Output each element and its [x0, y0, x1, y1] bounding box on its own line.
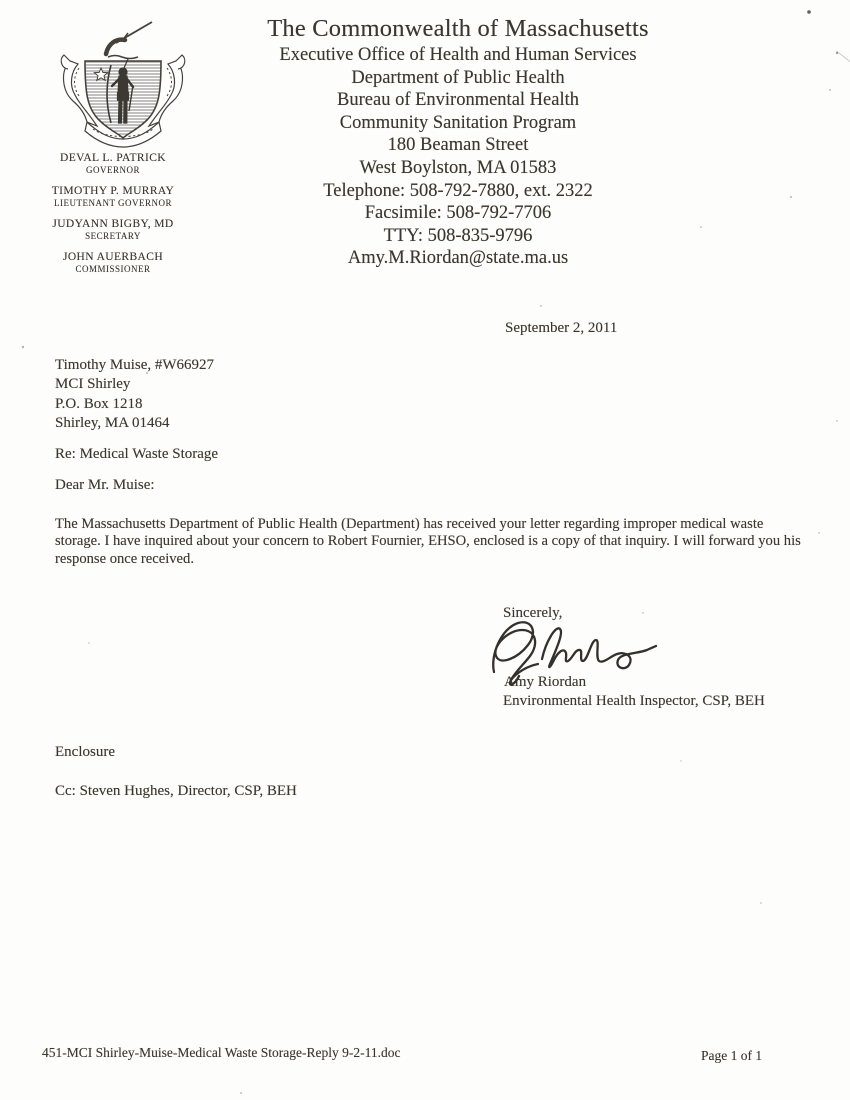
official-name: JUDYANN BIGBY, MD — [27, 218, 199, 231]
signer-name: Amy Riordan — [504, 674, 586, 691]
official-name: TIMOTHY P. MURRAY — [27, 185, 199, 198]
official-title: SECRETARY — [27, 231, 199, 242]
cc-line: Cc: Steven Hughes, Director, CSP, BEH — [55, 783, 297, 800]
letterhead-line-office: Executive Office of Health and Human Ser… — [232, 44, 684, 67]
official-title: COMMISSIONER — [27, 264, 199, 275]
salutation: Dear Mr. Muise: — [55, 477, 155, 494]
letterhead-line-program: Community Sanitation Program — [232, 112, 684, 135]
scan-scratch-mark — [836, 51, 850, 67]
scanned-letter-page: DEVAL L. PATRICK GOVERNOR TIMOTHY P. MUR… — [0, 0, 850, 1100]
footer-filename: 451-MCI Shirley-Muise-Medical Waste Stor… — [42, 1045, 400, 1061]
letterhead-line-telephone: Telephone: 508-792-7880, ext. 2322 — [232, 180, 684, 203]
body-paragraph: The Massachusetts Department of Public H… — [55, 516, 807, 568]
letterhead-line-city: West Boylston, MA 01583 — [232, 157, 684, 180]
letter-date: September 2, 2011 — [505, 320, 617, 337]
official-commissioner: JOHN AUERBACH COMMISSIONER — [27, 251, 199, 275]
enclosure-note: Enclosure — [55, 744, 115, 761]
official-title: GOVERNOR — [27, 165, 199, 176]
letterhead-line-department: Department of Public Health — [232, 67, 684, 90]
subject-re-line: Re: Medical Waste Storage — [55, 446, 218, 463]
letterhead-line-facsimile: Facsimile: 508-792-7706 — [232, 202, 684, 225]
official-secretary: JUDYANN BIGBY, MD SECRETARY — [27, 218, 199, 242]
official-title: LIEUTENANT GOVERNOR — [27, 198, 199, 209]
letterhead-block: The Commonwealth of Massachusetts Execut… — [232, 13, 684, 270]
officials-list: DEVAL L. PATRICK GOVERNOR TIMOTHY P. MUR… — [27, 152, 199, 284]
org-title: The Commonwealth of Massachusetts — [232, 13, 684, 44]
signer-title: Environmental Health Inspector, CSP, BEH — [503, 693, 765, 710]
massachusetts-state-seal-icon — [56, 13, 190, 153]
official-name: JOHN AUERBACH — [27, 251, 199, 264]
official-lieutenant-governor: TIMOTHY P. MURRAY LIEUTENANT GOVERNOR — [27, 185, 199, 209]
letterhead-line-tty: TTY: 508-835-9796 — [232, 225, 684, 248]
footer-page-indicator: Page 1 of 1 — [701, 1048, 762, 1064]
letterhead-line-bureau: Bureau of Environmental Health — [232, 89, 684, 112]
recipient-address-block: Timothy Muise, #W66927 MCI Shirley P.O. … — [55, 356, 214, 434]
official-governor: DEVAL L. PATRICK GOVERNOR — [27, 152, 199, 176]
letterhead-line-email: Amy.M.Riordan@state.ma.us — [232, 247, 684, 270]
official-name: DEVAL L. PATRICK — [27, 152, 199, 165]
scan-speckles — [0, 0, 2, 2]
letterhead-line-street: 180 Beaman Street — [232, 134, 684, 157]
